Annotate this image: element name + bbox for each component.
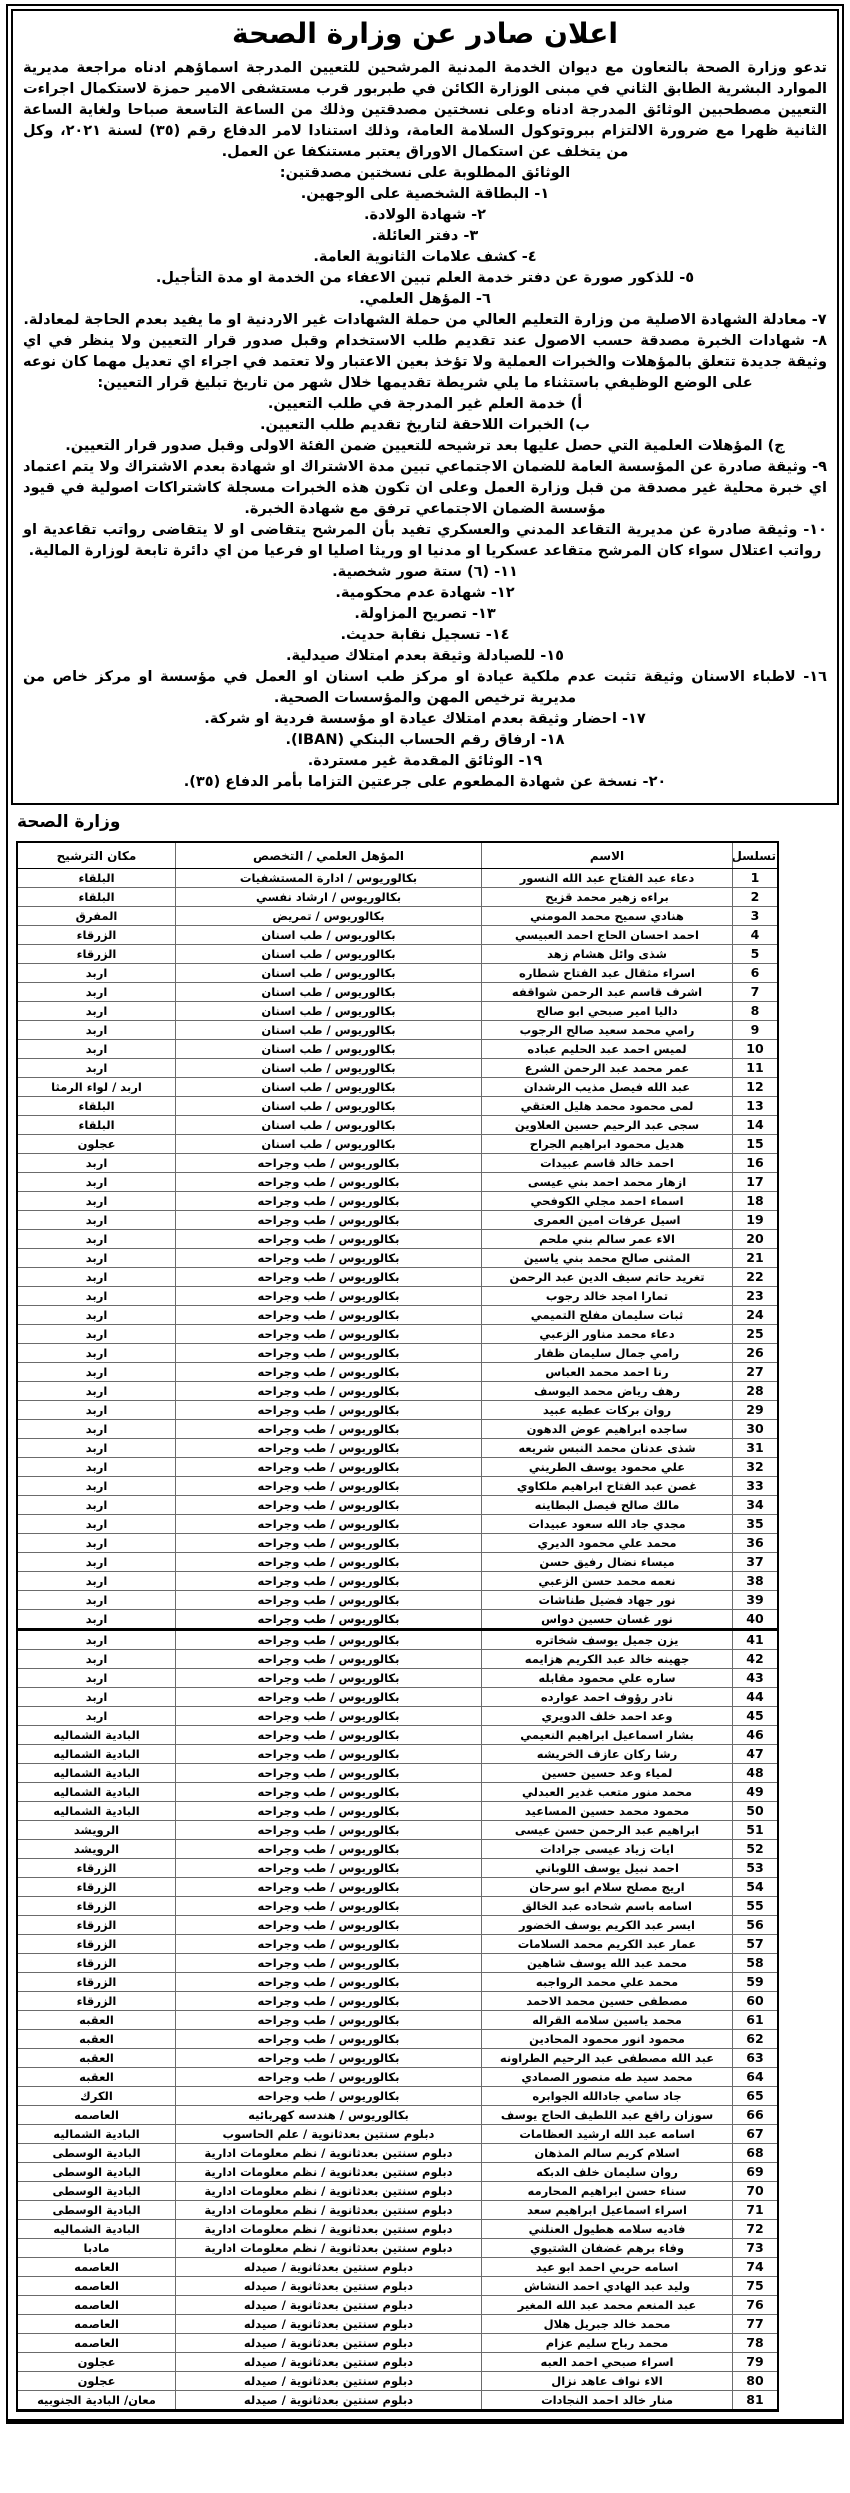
cell-serial: 81 xyxy=(733,2391,779,2411)
cell-location: المفرق xyxy=(17,907,176,926)
cell-name: ثبات سليمان مفلح التميمي xyxy=(482,1306,733,1325)
cell-name: ميساء نضال رفيق حسن xyxy=(482,1553,733,1572)
cell-serial: 53 xyxy=(733,1859,779,1878)
cell-name: دعاء عبد الفتاح عبد الله النسور xyxy=(482,869,733,888)
cell-location: عجلون xyxy=(17,2372,176,2391)
cell-location: العقبه xyxy=(17,2049,176,2068)
cell-name: محمود انور محمود المحادين xyxy=(482,2030,733,2049)
cell-serial: 75 xyxy=(733,2277,779,2296)
cell-name: محمد رباح سليم عزام xyxy=(482,2334,733,2353)
cell-qualification: بكالوريوس / طب وجراحه xyxy=(176,1572,482,1591)
cell-qualification: بكالوريوس / طب وجراحه xyxy=(176,1268,482,1287)
cell-serial: 80 xyxy=(733,2372,779,2391)
cell-serial: 1 xyxy=(733,869,779,888)
cell-name: محمد علي محمد الرواجبه xyxy=(482,1973,733,1992)
cell-location: عجلون xyxy=(17,2353,176,2372)
cell-name: بشار اسماعيل ابراهيم النعيمي xyxy=(482,1726,733,1745)
cell-name: دعاء محمد مناور الزعبي xyxy=(482,1325,733,1344)
cell-serial: 46 xyxy=(733,1726,779,1745)
cell-location: اربد xyxy=(17,1401,176,1420)
cell-serial: 55 xyxy=(733,1897,779,1916)
cell-name: محمد علي محمود الديري xyxy=(482,1534,733,1553)
cell-name: محمد خالد جبريل هلال xyxy=(482,2315,733,2334)
cell-qualification: بكالوريوس / طب وجراحه xyxy=(176,1669,482,1688)
table-row: 15هديل محمود ابراهيم الجراحبكالوريوس / ط… xyxy=(17,1135,778,1154)
table-row: 23تمارا امجد خالد رجوببكالوريوس / طب وجر… xyxy=(17,1287,778,1306)
cell-qualification: بكالوريوس / طب وجراحه xyxy=(176,1802,482,1821)
table-row: 46بشار اسماعيل ابراهيم النعيميبكالوريوس … xyxy=(17,1726,778,1745)
cell-name: احمد خالد قاسم عبيدات xyxy=(482,1154,733,1173)
cell-name: وليد عبد الهادي احمد النشاش xyxy=(482,2277,733,2296)
table-row: 14سجى عبد الرحيم حسين العلاوينبكالوريوس … xyxy=(17,1116,778,1135)
cell-qualification: دبلوم سنتين بعدثانوية / نظم معلومات ادار… xyxy=(176,2220,482,2239)
table-row: 30ساجده ابراهيم عوض الدهونبكالوريوس / طب… xyxy=(17,1420,778,1439)
cell-serial: 71 xyxy=(733,2201,779,2220)
table-row: 43ساره علي محمود مقابلهبكالوريوس / طب وج… xyxy=(17,1669,778,1688)
cell-name: اسامه باسم شحاده عبد الخالق xyxy=(482,1897,733,1916)
cell-location: اربد xyxy=(17,1021,176,1040)
cell-location: اربد xyxy=(17,1669,176,1688)
cell-qualification: بكالوريوس / طب وجراحه xyxy=(176,1821,482,1840)
cell-name: تغريد حاتم سيف الدين عبد الرحمن xyxy=(482,1268,733,1287)
cell-location: اربد xyxy=(17,1572,176,1591)
cell-qualification: بكالوريوس / طب وجراحه xyxy=(176,2087,482,2106)
table-row: 27رنا احمد محمد العباسبكالوريوس / طب وجر… xyxy=(17,1363,778,1382)
cell-location: اربد xyxy=(17,1650,176,1669)
requirement-item: ٨- شهادات الخبرة مصدقة حسب الاصول عند تق… xyxy=(23,331,827,394)
cell-name: الاء نواف عاهد نزال xyxy=(482,2372,733,2391)
cell-serial: 33 xyxy=(733,1477,779,1496)
cell-location: الرويشد xyxy=(17,1840,176,1859)
cell-name: نعمه محمد حسن الزعبي xyxy=(482,1572,733,1591)
cell-serial: 47 xyxy=(733,1745,779,1764)
cell-qualification: بكالوريوس / طب وجراحه xyxy=(176,1439,482,1458)
table-row: 50محمود محمد حسين المساعيدبكالوريوس / طب… xyxy=(17,1802,778,1821)
table-row: 33غصن عبد الفتاح ابراهيم ملكاويبكالوريوس… xyxy=(17,1477,778,1496)
cell-qualification: بكالوريوس / طب وجراحه xyxy=(176,1211,482,1230)
cell-location: اربد xyxy=(17,1496,176,1515)
cell-location: البادية الوسطى xyxy=(17,2144,176,2163)
table-row: 44نادر رؤوف احمد عواردهبكالوريوس / طب وج… xyxy=(17,1688,778,1707)
cell-name: مالك صالح فيصل البطاينه xyxy=(482,1496,733,1515)
cell-qualification: بكالوريوس / طب وجراحه xyxy=(176,1878,482,1897)
cell-name: منار خالد احمد النجادات xyxy=(482,2391,733,2411)
cell-qualification: دبلوم سنتين بعدثانوية / نظم معلومات ادار… xyxy=(176,2144,482,2163)
cell-location: اربد xyxy=(17,964,176,983)
cell-name: ساجده ابراهيم عوض الدهون xyxy=(482,1420,733,1439)
table-row: 29روان بركات عطيه عبيدبكالوريوس / طب وجر… xyxy=(17,1401,778,1420)
cell-qualification: بكالوريوس / طب وجراحه xyxy=(176,1515,482,1534)
cell-qualification: بكالوريوس / طب وجراحه xyxy=(176,1916,482,1935)
cell-serial: 62 xyxy=(733,2030,779,2049)
cell-qualification: بكالوريوس / طب اسنان xyxy=(176,1002,482,1021)
cell-serial: 44 xyxy=(733,1688,779,1707)
cell-location: الزرقاء xyxy=(17,945,176,964)
cell-serial: 31 xyxy=(733,1439,779,1458)
table-row: 20الاء عمر سالم بني ملحمبكالوريوس / طب و… xyxy=(17,1230,778,1249)
table-row: 73وفاء برهم غضفان الشتيويدبلوم سنتين بعد… xyxy=(17,2239,778,2258)
cell-location: اربد xyxy=(17,1040,176,1059)
cell-qualification: بكالوريوس / هندسه كهربائيه xyxy=(176,2106,482,2125)
requirement-item: ١٩- الوثائق المقدمة غير مستردة. xyxy=(23,751,827,772)
cell-name: ايات زياد عيسى جرادات xyxy=(482,1840,733,1859)
cell-name: نور جهاد فضيل طناشات xyxy=(482,1591,733,1610)
cell-location: اربد xyxy=(17,1534,176,1553)
cell-location: اربد xyxy=(17,1268,176,1287)
cell-name: لمياء وعد حسين حسين xyxy=(482,1764,733,1783)
cell-serial: 39 xyxy=(733,1591,779,1610)
requirement-item: ٣- دفتر العائلة. xyxy=(23,226,827,247)
cell-qualification: بكالوريوس / طب وجراحه xyxy=(176,2049,482,2068)
cell-serial: 24 xyxy=(733,1306,779,1325)
cell-name: اسيل عرفات امين العمرى xyxy=(482,1211,733,1230)
cell-location: الزرقاء xyxy=(17,1954,176,1973)
table-row: 31شذى عدنان محمد النبس شريعهبكالوريوس / … xyxy=(17,1439,778,1458)
cell-location: اربد / لواء الرمثا xyxy=(17,1078,176,1097)
table-row: 28رهف رياض محمد اليوسفبكالوريوس / طب وجر… xyxy=(17,1382,778,1401)
table-row: 3هنادي سميح محمد المومنيبكالوريوس / تمري… xyxy=(17,907,778,926)
cell-serial: 61 xyxy=(733,2011,779,2030)
cell-serial: 38 xyxy=(733,1572,779,1591)
cell-qualification: بكالوريوس / طب اسنان xyxy=(176,983,482,1002)
cell-serial: 76 xyxy=(733,2296,779,2315)
cell-qualification: بكالوريوس / طب وجراحه xyxy=(176,1726,482,1745)
cell-qualification: بكالوريوس / طب وجراحه xyxy=(176,1610,482,1630)
table-row: 66سوزان رافع عبد اللطيف الحاج يوسفبكالور… xyxy=(17,2106,778,2125)
table-row: 16احمد خالد قاسم عبيداتبكالوريوس / طب وج… xyxy=(17,1154,778,1173)
cell-name: عبد الله مصطفى عبد الرحيم الطراونه xyxy=(482,2049,733,2068)
cell-name: ازهار محمد احمد بني عيسى xyxy=(482,1173,733,1192)
cell-location: اربد xyxy=(17,1249,176,1268)
cell-serial: 32 xyxy=(733,1458,779,1477)
table-row: 62محمود انور محمود المحادينبكالوريوس / ط… xyxy=(17,2030,778,2049)
cell-serial: 11 xyxy=(733,1059,779,1078)
table-row: 36محمد علي محمود الديريبكالوريوس / طب وج… xyxy=(17,1534,778,1553)
table-row: 38نعمه محمد حسن الزعبيبكالوريوس / طب وجر… xyxy=(17,1572,778,1591)
cell-serial: 21 xyxy=(733,1249,779,1268)
requirement-item: أ) خدمة العلم غير المدرجة في طلب التعيين… xyxy=(23,394,827,415)
cell-location: الزرقاء xyxy=(17,1973,176,1992)
table-row: 42جهينه خالد عبد الكريم هزايمهبكالوريوس … xyxy=(17,1650,778,1669)
requirement-item: ١١- (٦) ستة صور شخصية. xyxy=(23,562,827,583)
cell-qualification: بكالوريوس / طب اسنان xyxy=(176,945,482,964)
table-row: 5شذى وائل هشام زهدبكالوريوس / طب اسنانال… xyxy=(17,945,778,964)
cell-qualification: بكالوريوس / طب وجراحه xyxy=(176,1496,482,1515)
table-row: 12عبد الله فيصل مذيب الرشدانبكالوريوس / … xyxy=(17,1078,778,1097)
requirement-item: ١٢- شهادة عدم محكومية. xyxy=(23,583,827,604)
cell-location: اربد xyxy=(17,1688,176,1707)
cell-name: سجى عبد الرحيم حسين العلاوين xyxy=(482,1116,733,1135)
cell-name: احمد نبيل يوسف اللوباني xyxy=(482,1859,733,1878)
cell-location: اربد xyxy=(17,1591,176,1610)
cell-location: اربد xyxy=(17,1707,176,1726)
cell-serial: 66 xyxy=(733,2106,779,2125)
cell-location: الزرقاء xyxy=(17,1878,176,1897)
cell-location: البادية الوسطى xyxy=(17,2201,176,2220)
table-row: 7اشرف قاسم عبد الرحمن شواقفهبكالوريوس / … xyxy=(17,983,778,1002)
cell-serial: 63 xyxy=(733,2049,779,2068)
cell-name: روان بركات عطيه عبيد xyxy=(482,1401,733,1420)
cell-serial: 12 xyxy=(733,1078,779,1097)
table-row: 59محمد علي محمد الرواجبهبكالوريوس / طب و… xyxy=(17,1973,778,1992)
cell-location: البلقاء xyxy=(17,869,176,888)
candidates-table: تسلسل الاسم المؤهل العلمي / التخصص مكان … xyxy=(16,841,779,2412)
table-row: 77محمد خالد جبريل هلالدبلوم سنتين بعدثان… xyxy=(17,2315,778,2334)
table-row: 80الاء نواف عاهد نزالدبلوم سنتين بعدثانو… xyxy=(17,2372,778,2391)
cell-name: هنادي سميح محمد المومني xyxy=(482,907,733,926)
cell-location: الزرقاء xyxy=(17,1992,176,2011)
requirement-item: ١٤- تسجيل نقابة حديث. xyxy=(23,625,827,646)
cell-location: البادية الشماليه xyxy=(17,1783,176,1802)
table-row: 10لميس احمد عبد الحليم عبادهبكالوريوس / … xyxy=(17,1040,778,1059)
table-row: 2براءه زهير محمد قزيحبكالوريوس / ارشاد ن… xyxy=(17,888,778,907)
cell-qualification: دبلوم سنتين بعدثانوية / صيدله xyxy=(176,2277,482,2296)
table-row: 39نور جهاد فضيل طناشاتبكالوريوس / طب وجر… xyxy=(17,1591,778,1610)
cell-name: مجدي جاد الله سعود عبيدات xyxy=(482,1515,733,1534)
table-row: 13لمى محمود محمد هليل العتقيبكالوريوس / … xyxy=(17,1097,778,1116)
cell-serial: 30 xyxy=(733,1420,779,1439)
table-row: 61محمد ياسين سلامه القرالهبكالوريوس / طب… xyxy=(17,2011,778,2030)
cell-serial: 16 xyxy=(733,1154,779,1173)
cell-serial: 79 xyxy=(733,2353,779,2372)
cell-name: نادر رؤوف احمد عوارده xyxy=(482,1688,733,1707)
cell-serial: 17 xyxy=(733,1173,779,1192)
cell-name: عمار عبد الكريم محمد السلامات xyxy=(482,1935,733,1954)
cell-serial: 58 xyxy=(733,1954,779,1973)
cell-serial: 6 xyxy=(733,964,779,983)
cell-location: الزرقاء xyxy=(17,1935,176,1954)
cell-qualification: بكالوريوس / طب وجراحه xyxy=(176,1477,482,1496)
cell-location: اربد xyxy=(17,1325,176,1344)
cell-qualification: بكالوريوس / ادارة المستشفيات xyxy=(176,869,482,888)
table-row: 9رامي محمد سعيد صالح الرجوببكالوريوس / ط… xyxy=(17,1021,778,1040)
cell-serial: 68 xyxy=(733,2144,779,2163)
cell-serial: 78 xyxy=(733,2334,779,2353)
requirement-item: ٤- كشف علامات الثانوية العامة. xyxy=(23,247,827,268)
cell-serial: 8 xyxy=(733,1002,779,1021)
cell-qualification: بكالوريوس / طب وجراحه xyxy=(176,1344,482,1363)
cell-name: رهف رياض محمد اليوسف xyxy=(482,1382,733,1401)
requirement-item: ٦- المؤهل العلمي. xyxy=(23,289,827,310)
cell-location: البلقاء xyxy=(17,1116,176,1135)
cell-serial: 9 xyxy=(733,1021,779,1040)
cell-location: اربد xyxy=(17,1192,176,1211)
table-row: 41يزن جميل يوسف شخاترهبكالوريوس / طب وجر… xyxy=(17,1630,778,1650)
cell-location: الزرقاء xyxy=(17,1897,176,1916)
cell-location: العقبه xyxy=(17,2068,176,2087)
cell-qualification: دبلوم سنتين بعدثانوية / صيدله xyxy=(176,2391,482,2411)
cell-serial: 56 xyxy=(733,1916,779,1935)
cell-location: العاصمه xyxy=(17,2258,176,2277)
cell-name: المثنى صالح محمد بني ياسين xyxy=(482,1249,733,1268)
cell-qualification: بكالوريوس / طب وجراحه xyxy=(176,2011,482,2030)
cell-location: الزرقاء xyxy=(17,1859,176,1878)
cell-name: محمد سيد طه منصور الصمادي xyxy=(482,2068,733,2087)
cell-serial: 51 xyxy=(733,1821,779,1840)
page: اعلان صادر عن وزارة الصحة تدعو وزارة الص… xyxy=(0,0,850,2493)
cell-name: وعد احمد خلف الدويري xyxy=(482,1707,733,1726)
table-row: 26رامي جمال سليمان ظفاربكالوريوس / طب وج… xyxy=(17,1344,778,1363)
cell-serial: 18 xyxy=(733,1192,779,1211)
cell-name: شذى وائل هشام زهد xyxy=(482,945,733,964)
cell-name: محمود محمد حسين المساعيد xyxy=(482,1802,733,1821)
cell-serial: 13 xyxy=(733,1097,779,1116)
cell-name: يزن جميل يوسف شخاتره xyxy=(482,1630,733,1650)
cell-qualification: بكالوريوس / طب وجراحه xyxy=(176,1764,482,1783)
table-row: 67اسامه عبد الله ارشيد العظاماتدبلوم سنت… xyxy=(17,2125,778,2144)
cell-qualification: بكالوريوس / طب وجراحه xyxy=(176,1192,482,1211)
cell-qualification: دبلوم سنتين بعدثانوية / صيدله xyxy=(176,2353,482,2372)
cell-location: اربد xyxy=(17,1230,176,1249)
cell-qualification: بكالوريوس / طب وجراحه xyxy=(176,1287,482,1306)
cell-qualification: بكالوريوس / طب وجراحه xyxy=(176,1230,482,1249)
cell-serial: 2 xyxy=(733,888,779,907)
cell-serial: 48 xyxy=(733,1764,779,1783)
header-qualification: المؤهل العلمي / التخصص xyxy=(176,842,482,869)
requirement-item: ٢- شهادة الولادة. xyxy=(23,205,827,226)
cell-name: اسامه حربي احمد ابو عيد xyxy=(482,2258,733,2277)
announcement-box: اعلان صادر عن وزارة الصحة تدعو وزارة الص… xyxy=(11,9,839,805)
cell-serial: 59 xyxy=(733,1973,779,1992)
cell-name: رنا احمد محمد العباس xyxy=(482,1363,733,1382)
cell-name: محمد عبد الله يوسف شاهين xyxy=(482,1954,733,1973)
cell-serial: 57 xyxy=(733,1935,779,1954)
table-row: 47رشا ركان عازف الخريشهبكالوريوس / طب وج… xyxy=(17,1745,778,1764)
cell-name: ابراهيم عبد الرحمن حسن عيسى xyxy=(482,1821,733,1840)
cell-serial: 19 xyxy=(733,1211,779,1230)
cell-location: اربد xyxy=(17,1439,176,1458)
cell-serial: 5 xyxy=(733,945,779,964)
cell-name: ايسر عبد الكريم يوسف الخضور xyxy=(482,1916,733,1935)
requirement-item: ١٧- احضار وثيقة بعدم امتلاك عيادة او مؤس… xyxy=(23,709,827,730)
table-row: 64محمد سيد طه منصور الصماديبكالوريوس / ط… xyxy=(17,2068,778,2087)
requirement-item: ٩- وثيقة صادرة عن المؤسسة العامة للضمان … xyxy=(23,457,827,520)
table-row: 78محمد رباح سليم عزامدبلوم سنتين بعدثانو… xyxy=(17,2334,778,2353)
cell-location: العاصمه xyxy=(17,2106,176,2125)
cell-location: اربد xyxy=(17,1306,176,1325)
cell-serial: 67 xyxy=(733,2125,779,2144)
cell-serial: 29 xyxy=(733,1401,779,1420)
cell-name: هديل محمود ابراهيم الجراح xyxy=(482,1135,733,1154)
cell-serial: 22 xyxy=(733,1268,779,1287)
table-row: 72فاديه سلامه هطيول العنلنيدبلوم سنتين ب… xyxy=(17,2220,778,2239)
cell-name: اسراء صبحي احمد العبه xyxy=(482,2353,733,2372)
cell-qualification: بكالوريوس / طب وجراحه xyxy=(176,1650,482,1669)
table-row: 79اسراء صبحي احمد العبهدبلوم سنتين بعدثا… xyxy=(17,2353,778,2372)
cell-qualification: بكالوريوس / طب اسنان xyxy=(176,1021,482,1040)
cell-name: عمر محمد عبد الرحمن الشرع xyxy=(482,1059,733,1078)
cell-location: الزرقاء xyxy=(17,926,176,945)
cell-qualification: دبلوم سنتين بعدثانوية / صيدله xyxy=(176,2372,482,2391)
table-row: 57عمار عبد الكريم محمد السلاماتبكالوريوس… xyxy=(17,1935,778,1954)
cell-location: اربد xyxy=(17,1173,176,1192)
table-row: 75وليد عبد الهادي احمد النشاشدبلوم سنتين… xyxy=(17,2277,778,2296)
cell-location: البادية الوسطى xyxy=(17,2182,176,2201)
cell-qualification: دبلوم سنتين بعدثانوية / صيدله xyxy=(176,2296,482,2315)
cell-serial: 25 xyxy=(733,1325,779,1344)
cell-qualification: دبلوم سنتين بعدثانوية / نظم معلومات ادار… xyxy=(176,2163,482,2182)
cell-name: سناء حسن ابراهيم المحارمه xyxy=(482,2182,733,2201)
cell-serial: 41 xyxy=(733,1630,779,1650)
cell-location: معان/ البادية الجنوبيه xyxy=(17,2391,176,2411)
cell-location: البادية الشماليه xyxy=(17,1726,176,1745)
cell-qualification: بكالوريوس / طب وجراحه xyxy=(176,1420,482,1439)
table-row: 4احمد احسان الحاج احمد العبيسيبكالوريوس … xyxy=(17,926,778,945)
cell-location: عجلون xyxy=(17,1135,176,1154)
table-row: 35مجدي جاد الله سعود عبيداتبكالوريوس / ط… xyxy=(17,1515,778,1534)
cell-serial: 43 xyxy=(733,1669,779,1688)
cell-location: اربد xyxy=(17,983,176,1002)
cell-name: عبد المنعم محمد عبد الله المغير xyxy=(482,2296,733,2315)
requirements-list: ١- البطاقة الشخصية على الوجهين.٢- شهادة … xyxy=(23,184,827,793)
cell-qualification: بكالوريوس / طب وجراحه xyxy=(176,1745,482,1764)
cell-location: البادية الشماليه xyxy=(17,1764,176,1783)
table-row: 45وعد احمد خلف الدويريبكالوريوس / طب وجر… xyxy=(17,1707,778,1726)
cell-serial: 64 xyxy=(733,2068,779,2087)
cell-location: العقبه xyxy=(17,2030,176,2049)
cell-qualification: بكالوريوس / طب وجراحه xyxy=(176,1306,482,1325)
cell-serial: 35 xyxy=(733,1515,779,1534)
cell-name: اسلام كريم سالم المذهان xyxy=(482,2144,733,2163)
cell-serial: 52 xyxy=(733,1840,779,1859)
cell-name: لمى محمود محمد هليل العتقي xyxy=(482,1097,733,1116)
announcement-body: تدعو وزارة الصحة بالتعاون مع ديوان الخدم… xyxy=(23,58,827,793)
cell-location: العاصمه xyxy=(17,2315,176,2334)
requirement-item: ١٥- للصيادلة وثيقة بعدم امتلاك صيدلية. xyxy=(23,646,827,667)
cell-qualification: دبلوم سنتين بعدثانوية / صيدله xyxy=(176,2334,482,2353)
table-row: 70سناء حسن ابراهيم المحارمهدبلوم سنتين ب… xyxy=(17,2182,778,2201)
cell-qualification: دبلوم سنتين بعدثانوية / صيدله xyxy=(176,2315,482,2334)
table-row: 63عبد الله مصطفى عبد الرحيم الطراونهبكال… xyxy=(17,2049,778,2068)
cell-location: اربد xyxy=(17,1059,176,1078)
cell-serial: 50 xyxy=(733,1802,779,1821)
cell-qualification: بكالوريوس / طب وجراحه xyxy=(176,1630,482,1650)
table-row: 22تغريد حاتم سيف الدين عبد الرحمنبكالوري… xyxy=(17,1268,778,1287)
cell-qualification: دبلوم سنتين بعدثانوية / نظم معلومات ادار… xyxy=(176,2182,482,2201)
cell-location: البادية الشماليه xyxy=(17,1745,176,1764)
table-row: 6اسراء مثقال عبد الفتاح شطارهبكالوريوس /… xyxy=(17,964,778,983)
cell-name: الاء عمر سالم بني ملحم xyxy=(482,1230,733,1249)
table-row: 56ايسر عبد الكريم يوسف الخضوربكالوريوس /… xyxy=(17,1916,778,1935)
cell-serial: 10 xyxy=(733,1040,779,1059)
cell-qualification: بكالوريوس / طب اسنان xyxy=(176,1097,482,1116)
cell-name: وفاء برهم غضفان الشتيوي xyxy=(482,2239,733,2258)
cell-serial: 54 xyxy=(733,1878,779,1897)
cell-serial: 37 xyxy=(733,1553,779,1572)
cell-serial: 26 xyxy=(733,1344,779,1363)
cell-serial: 42 xyxy=(733,1650,779,1669)
cell-location: اربد xyxy=(17,1477,176,1496)
table-row: 21المثنى صالح محمد بني ياسينبكالوريوس / … xyxy=(17,1249,778,1268)
table-row: 51ابراهيم عبد الرحمن حسن عيسىبكالوريوس /… xyxy=(17,1821,778,1840)
cell-qualification: بكالوريوس / تمريض xyxy=(176,907,482,926)
table-row: 71اسراء اسماعيل ابراهيم سعددبلوم سنتين ب… xyxy=(17,2201,778,2220)
cell-qualification: بكالوريوس / طب وجراحه xyxy=(176,1954,482,1973)
table-row: 19اسيل عرفات امين العمرىبكالوريوس / طب و… xyxy=(17,1211,778,1230)
cell-name: اشرف قاسم عبد الرحمن شواقفه xyxy=(482,983,733,1002)
cell-name: احمد احسان الحاج احمد العبيسي xyxy=(482,926,733,945)
cell-qualification: بكالوريوس / طب وجراحه xyxy=(176,2030,482,2049)
cell-location: البلقاء xyxy=(17,888,176,907)
requirement-item: ١٦- لاطباء الاسنان وثيقة تثبت عدم ملكية … xyxy=(23,667,827,709)
cell-location: الرويشد xyxy=(17,1821,176,1840)
cell-qualification: بكالوريوس / طب اسنان xyxy=(176,1078,482,1097)
cell-qualification: بكالوريوس / طب وجراحه xyxy=(176,1973,482,1992)
cell-location: اربد xyxy=(17,1344,176,1363)
cell-qualification: بكالوريوس / طب وجراحه xyxy=(176,1553,482,1572)
cell-name: سوزان رافع عبد اللطيف الحاج يوسف xyxy=(482,2106,733,2125)
cell-qualification: بكالوريوس / طب وجراحه xyxy=(176,1688,482,1707)
